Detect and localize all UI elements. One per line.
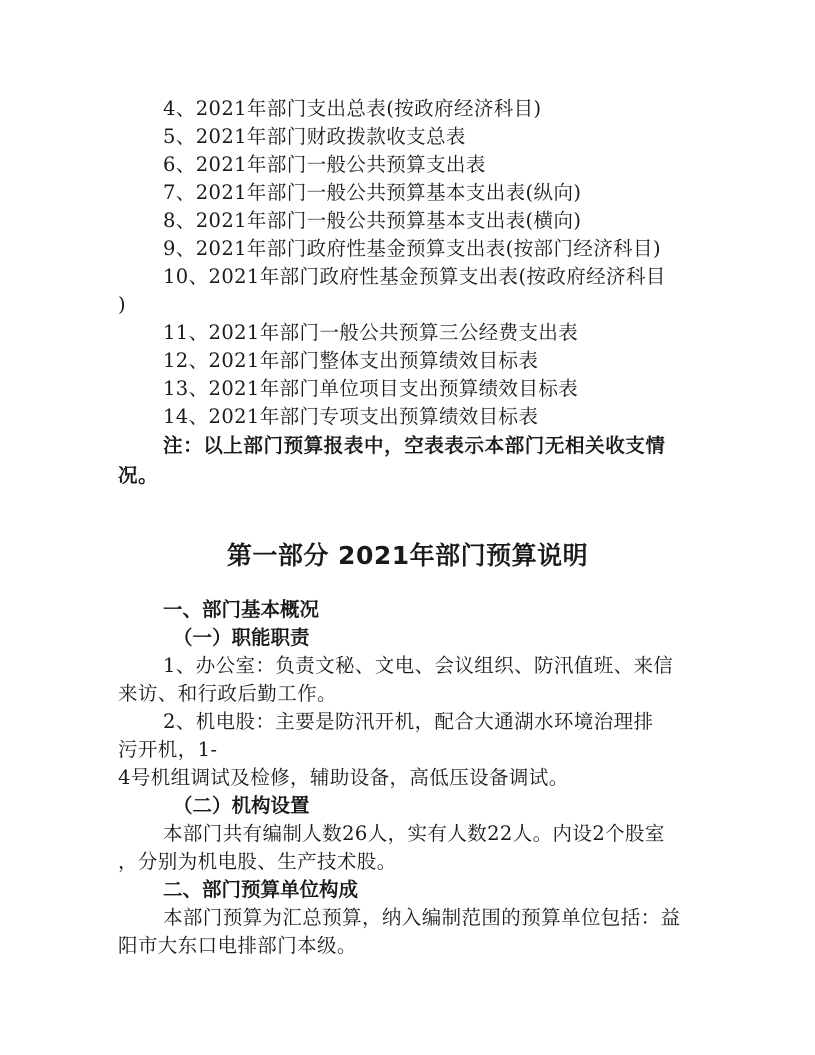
list-item: 10、2021年部门政府性基金预算支出表(按政府经济科目 [118, 263, 690, 291]
report-list: 4、2021年部门支出总表(按政府经济科目) 5、2021年部门财政拨款收支总表… [118, 95, 690, 491]
list-item-continuation: ) [118, 291, 690, 319]
subsection-heading: （一）职能职责 [118, 624, 690, 652]
subsection-heading: （二）机构设置 [118, 792, 690, 820]
budget-unit-body: 本部门预算为汇总预算，纳入编制范围的预算单位包括：益阳市大东口电排部门本级。 [118, 904, 690, 960]
list-item: 14、2021年部门专项支出预算绩效目标表 [118, 403, 690, 431]
section-heading: 一、部门基本概况 [118, 596, 690, 624]
list-item: 6、2021年部门一般公共预算支出表 [118, 151, 690, 179]
list-item: 5、2021年部门财政拨款收支总表 [118, 123, 690, 151]
note-text: 注：以上部门预算报表中，空表表示本部门无相关收支情况。 [118, 431, 690, 491]
duty-item-mechanical-line1: 2、机电股：主要是防汛开机，配合大通湖水环境治理排 [118, 708, 690, 736]
part-title: 第一部分 2021年部门预算说明 [0, 536, 815, 572]
duty-item-mechanical-line3: 4号机组调试及检修，辅助设备，高低压设备调试。 [118, 764, 690, 792]
list-item: 4、2021年部门支出总表(按政府经济科目) [118, 95, 690, 123]
list-item: 13、2021年部门单位项目支出预算绩效目标表 [118, 375, 690, 403]
list-item: 8、2021年部门一般公共预算基本支出表(横向) [118, 207, 690, 235]
list-item: 9、2021年部门政府性基金预算支出表(按部门经济科目) [118, 235, 690, 263]
org-setup-line2: ，分别为机电股、生产技术股。 [118, 848, 690, 876]
list-item: 11、2021年部门一般公共预算三公经费支出表 [118, 319, 690, 347]
list-item: 12、2021年部门整体支出预算绩效目标表 [118, 347, 690, 375]
section-heading: 二、部门预算单位构成 [118, 876, 690, 904]
org-setup-line1: 本部门共有编制人数26人，实有人数22人。内设2个股室 [118, 820, 690, 848]
duty-item-mechanical-line2: 污开机，1- [118, 736, 690, 764]
list-item: 7、2021年部门一般公共预算基本支出表(纵向) [118, 179, 690, 207]
section-basic-overview: 一、部门基本概况 （一）职能职责 1、办公室：负责文秘、文电、会议组织、防汛值班… [118, 596, 690, 960]
duty-item-office: 1、办公室：负责文秘、文电、会议组织、防汛值班、来信来访、和行政后勤工作。 [118, 652, 690, 708]
